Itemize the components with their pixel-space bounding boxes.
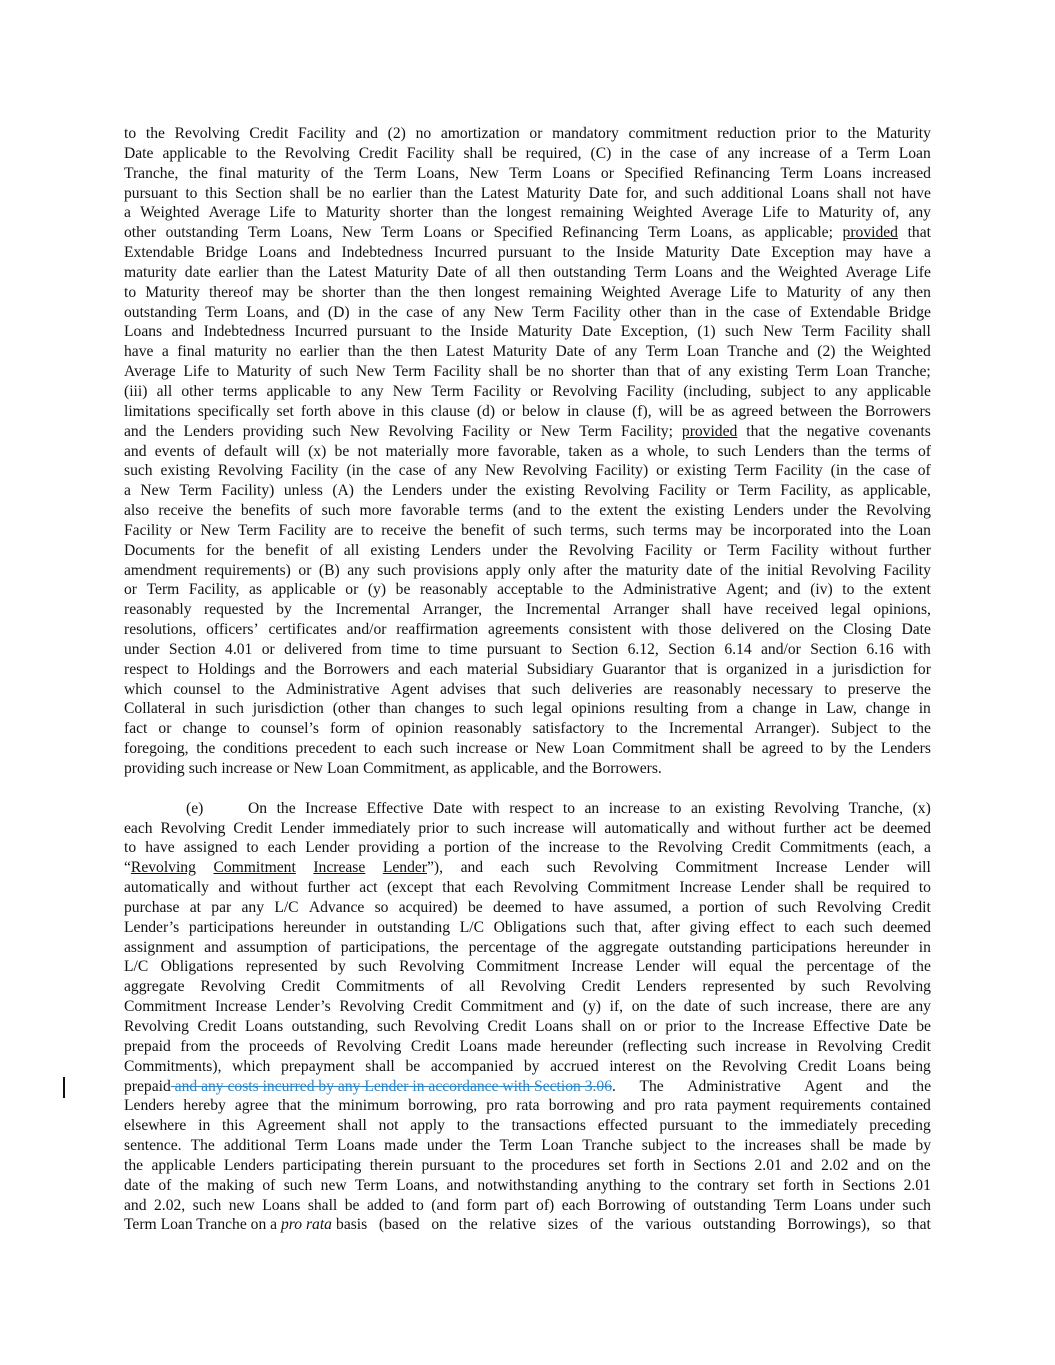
word: the <box>569 938 588 958</box>
word: to <box>695 1136 707 1156</box>
word: all <box>157 382 173 402</box>
word: Increase <box>215 997 267 1017</box>
word: existing <box>675 501 724 521</box>
word: Lenders <box>636 977 686 997</box>
word: be <box>502 144 517 164</box>
word: Revolving <box>569 541 634 561</box>
word: or <box>345 580 358 600</box>
word: Facility <box>645 541 693 561</box>
text-line: automaticallyandwithoutfurtheract(except… <box>124 878 931 898</box>
word: Credit <box>892 898 931 918</box>
word: to <box>563 243 575 263</box>
word: receive <box>158 501 203 521</box>
word: preceding <box>869 1116 930 1136</box>
word: as <box>610 442 623 462</box>
word: Credit <box>413 997 452 1017</box>
word: Increase <box>775 858 827 878</box>
word: Bridge <box>889 303 931 323</box>
word: that <box>657 362 680 382</box>
word: any <box>615 342 638 362</box>
word: Revolving <box>218 461 283 481</box>
word: Commitment <box>213 858 295 878</box>
word: Average <box>670 283 722 303</box>
word: of <box>918 461 931 481</box>
word: in <box>805 699 817 719</box>
word: Term <box>499 1136 532 1156</box>
word: applicable, <box>863 481 931 501</box>
word: shall <box>682 600 711 620</box>
word: Facility <box>124 521 172 541</box>
word: further <box>889 541 931 561</box>
word: the <box>615 1215 634 1235</box>
word: Refinancing <box>562 223 638 243</box>
word: pursuant <box>357 322 411 342</box>
word: not <box>874 184 894 204</box>
word: contained <box>870 1096 931 1116</box>
word: be <box>298 283 313 303</box>
word: of <box>262 1176 275 1196</box>
word: Lender <box>305 838 349 858</box>
word: Obligations <box>494 918 567 938</box>
word: increase <box>548 838 599 858</box>
word: (A) <box>332 481 354 501</box>
word: the <box>146 124 165 144</box>
word: Borrowers. <box>592 759 662 779</box>
word: “Revolving <box>124 858 196 878</box>
word: Agent; <box>726 580 768 600</box>
word: the <box>478 203 497 223</box>
word: Maturity <box>374 263 429 283</box>
word: Term <box>238 521 271 541</box>
word: payment <box>717 1096 771 1116</box>
word: sentence. <box>124 1136 182 1156</box>
word: Documents <box>124 541 195 561</box>
text-line: otheroutstandingTermLoans,NewTermLoansor… <box>124 223 931 243</box>
word: of <box>720 561 733 581</box>
text-line: aggregateRevolvingCreditCommitmentsofall… <box>124 977 931 997</box>
word: Commitment <box>675 858 757 878</box>
word: Increase <box>752 1017 804 1037</box>
word: or <box>124 580 137 600</box>
word: reasonably <box>124 600 192 620</box>
word: made <box>873 1136 907 1156</box>
word: resolutions, <box>124 620 196 640</box>
word: new <box>321 1176 347 1196</box>
word: applicable <box>162 144 226 164</box>
word: Facility <box>771 541 819 561</box>
word: the <box>912 680 931 700</box>
word: only <box>528 561 556 581</box>
word: in <box>673 1156 685 1176</box>
word: Average <box>124 362 176 382</box>
word: to <box>457 819 469 839</box>
text-line: LoansandIndebtednessIncurredpursuanttoth… <box>124 322 931 342</box>
word: which <box>232 1057 270 1077</box>
word: Term <box>509 164 542 184</box>
text-line: respecttoHoldingsandtheBorrowersandeachm… <box>124 660 931 680</box>
word: of <box>299 362 312 382</box>
word: of <box>318 938 331 958</box>
word: purchase <box>124 898 179 918</box>
word: proceeds <box>249 1037 304 1057</box>
word: deemed <box>882 918 931 938</box>
word: as <box>742 223 755 243</box>
word: or <box>298 561 311 581</box>
word: Term <box>774 1196 807 1216</box>
word: Maturity <box>787 283 842 303</box>
word: a <box>736 699 743 719</box>
word: such <box>495 699 524 719</box>
word: than <box>420 184 447 204</box>
word: the <box>630 838 649 858</box>
word: Revolving <box>399 957 464 977</box>
word: existing <box>370 541 419 561</box>
word: that <box>746 422 769 442</box>
word: such <box>616 521 645 541</box>
word: in <box>567 402 579 422</box>
word: an <box>691 799 706 819</box>
word: Facility <box>844 322 892 342</box>
word: Maturity <box>526 184 581 204</box>
word: provided <box>682 422 737 442</box>
word: foregoing, <box>124 739 189 759</box>
word: and <box>355 124 378 144</box>
word: to <box>550 501 562 521</box>
word: case <box>883 461 910 481</box>
word: and <box>264 660 287 680</box>
word: outstanding <box>693 1196 766 1216</box>
word: such <box>477 819 506 839</box>
word: reduction <box>717 124 776 144</box>
word: to <box>811 739 823 759</box>
word: Lenders <box>734 501 784 521</box>
word: the <box>749 1116 768 1136</box>
word: such <box>189 759 218 779</box>
word: such <box>547 858 576 878</box>
word: Facility <box>659 481 707 501</box>
text-line: RevolvingCreditLoansoutstanding,suchRevo… <box>124 1017 931 1037</box>
word: the <box>751 263 770 283</box>
word: than <box>379 699 406 719</box>
word: Maturity <box>665 243 720 263</box>
word: increase <box>513 819 564 839</box>
word: to <box>246 838 258 858</box>
word: Date <box>902 620 931 640</box>
word: a <box>924 243 931 263</box>
word: the <box>213 501 232 521</box>
word: that <box>497 680 520 700</box>
word: of <box>590 1215 603 1235</box>
word: Facility <box>473 382 521 402</box>
word: the <box>912 1156 931 1176</box>
word: the <box>189 164 208 184</box>
word: Credit <box>198 1017 237 1037</box>
word: apply <box>410 1116 445 1136</box>
word: or <box>471 223 484 243</box>
word: conditions <box>223 739 288 759</box>
word: Lenders <box>184 422 234 442</box>
word: Tranche <box>727 342 778 362</box>
word: outstanding, <box>292 1017 369 1037</box>
word: participations, <box>341 938 430 958</box>
word: precedent <box>296 739 357 759</box>
word: Weighted <box>871 342 930 362</box>
word: of <box>203 442 216 462</box>
word: without <box>250 878 298 898</box>
word: from <box>697 699 727 719</box>
word: to <box>238 719 250 739</box>
word: and <box>297 303 320 323</box>
word: will <box>907 858 931 878</box>
word: (reflecting <box>622 1037 687 1057</box>
word: increase <box>609 799 660 819</box>
word: 2.02 <box>821 1156 848 1176</box>
word: outstanding <box>377 918 450 938</box>
word: or <box>716 481 729 501</box>
word: and/or <box>347 620 387 640</box>
word: Credit <box>798 1057 837 1077</box>
word: extent <box>599 501 637 521</box>
word: satisfactory <box>533 719 605 739</box>
word: no <box>416 124 432 144</box>
word: Loans <box>675 263 713 283</box>
word: Term <box>374 164 407 184</box>
word: Effective <box>813 1017 870 1037</box>
text-line: Lender’sparticipationshereunderinoutstan… <box>124 918 931 938</box>
word: all <box>495 263 511 283</box>
word: (f), <box>632 402 651 422</box>
word: to <box>412 1196 424 1216</box>
word: shall <box>901 322 930 342</box>
text-line: andeventsofdefaultwill(x)benotmaterially… <box>124 442 931 462</box>
word: clause <box>431 402 470 422</box>
word: receive <box>381 521 426 541</box>
word: Credit <box>732 838 771 858</box>
word: to <box>649 1176 661 1196</box>
word: those <box>678 620 711 640</box>
word: the <box>775 957 794 977</box>
word: of <box>754 898 767 918</box>
word: 2.01 <box>904 1176 931 1196</box>
word: and <box>721 263 744 283</box>
word: in <box>194 699 206 719</box>
word: or <box>644 1017 657 1037</box>
word: the <box>856 461 875 481</box>
word: (x) <box>308 442 326 462</box>
word: officers’ <box>206 620 259 640</box>
word: provisions <box>413 561 478 581</box>
word: such <box>312 422 341 442</box>
word: materially <box>386 442 449 462</box>
word: (B) <box>319 561 340 581</box>
text-line: Commitments),whichprepaymentshallbeaccom… <box>124 1057 931 1077</box>
word: increase <box>456 739 507 759</box>
word: there <box>841 997 872 1017</box>
word: the <box>726 303 745 323</box>
word: New <box>494 303 523 323</box>
word: without <box>728 819 776 839</box>
word: to <box>608 838 620 858</box>
word: of <box>498 838 511 858</box>
word: Closing <box>843 620 892 640</box>
word: shall <box>582 1017 611 1037</box>
word: below <box>522 402 560 422</box>
word: and <box>697 819 720 839</box>
word: Maturity <box>518 322 573 342</box>
word: L/C <box>124 957 148 977</box>
word: the <box>539 541 558 561</box>
word: Revolving <box>552 382 617 402</box>
word: Bridge <box>205 243 247 263</box>
word: Administrative <box>687 1077 781 1097</box>
word: acquired) <box>399 898 458 918</box>
word: to <box>824 680 836 700</box>
word: Life <box>762 203 788 223</box>
paragraph-e-body-continued: Lendersherebyagreethattheminimumborrowin… <box>124 1096 931 1215</box>
word: covenants <box>868 422 930 442</box>
word: interest <box>609 1057 655 1077</box>
word: Borrowings), <box>787 1215 870 1235</box>
word: the <box>725 1017 744 1037</box>
word: then <box>519 263 546 283</box>
word: New <box>201 521 230 541</box>
word: the <box>571 501 590 521</box>
word: New <box>763 322 792 342</box>
final-line-after: basis(basedontherelativesizesofthevariou… <box>332 1215 931 1235</box>
word: no <box>349 184 365 204</box>
word: Loans <box>791 184 829 204</box>
word: extent <box>893 580 931 600</box>
word: and <box>623 1096 646 1116</box>
word: Term <box>381 223 414 243</box>
text-line: Lendersherebyagreethattheminimumborrowin… <box>124 1096 931 1116</box>
word: with <box>903 640 931 660</box>
word: Term <box>780 164 813 184</box>
word: agree <box>235 1096 269 1116</box>
word: are <box>643 680 662 700</box>
text-line: purchaseatparanyL/CAdvancesoacquired)bed… <box>124 898 931 918</box>
word: Administrative <box>623 580 717 600</box>
word: in <box>620 144 632 164</box>
word: the <box>848 124 867 144</box>
word: and <box>552 997 575 1017</box>
word: Revolving <box>339 997 404 1017</box>
word: the <box>872 521 891 541</box>
word: and <box>124 442 147 462</box>
word: the <box>180 1176 199 1196</box>
word: for, <box>626 184 647 204</box>
word: Lender <box>845 858 889 878</box>
word: Borrowers <box>323 660 389 680</box>
paragraph-e-first-text: OntheIncreaseEffectiveDatewithrespecttoa… <box>248 799 931 819</box>
word: case <box>670 144 697 164</box>
word: such <box>902 1196 931 1216</box>
word: case <box>753 303 780 323</box>
word: Loans <box>552 164 590 184</box>
word: and/or <box>761 640 801 660</box>
text-line: alsoreceivethebenefitsofsuchmorefavorabl… <box>124 501 931 521</box>
word: earlier <box>372 184 412 204</box>
word: the <box>471 1136 490 1156</box>
word: automatically <box>604 819 689 839</box>
word: the <box>864 580 883 600</box>
word: delivered <box>721 620 779 640</box>
text-line: assignmentandassumptionofparticipations,… <box>124 938 931 958</box>
word: Maturity <box>145 283 200 303</box>
word: the <box>295 660 314 680</box>
word: automatically <box>124 878 209 898</box>
word: other <box>629 303 661 323</box>
word: be <box>468 898 483 918</box>
word: anything <box>586 1176 641 1196</box>
word: opinion <box>395 719 443 739</box>
word: additional <box>224 1136 286 1156</box>
word: Life <box>730 283 756 303</box>
paragraph-spacer <box>124 779 931 799</box>
word: favorable <box>401 501 460 521</box>
word: may <box>262 283 289 303</box>
word: the <box>304 600 323 620</box>
word: a <box>428 838 435 858</box>
word: Facility <box>407 144 455 164</box>
text-line: Tranche,thefinalmaturityoftheTermLoans,N… <box>124 164 931 184</box>
word: by <box>276 600 292 620</box>
word: the <box>344 164 363 184</box>
word: Increase <box>313 858 365 878</box>
revision-change-bar <box>63 1077 65 1098</box>
word: Loan <box>899 521 931 541</box>
word: Facility <box>462 422 510 442</box>
word: all <box>469 977 485 997</box>
word: be <box>730 521 745 541</box>
word: hereby <box>183 1096 225 1116</box>
word: Lenders <box>124 1096 174 1116</box>
word: increase <box>759 144 810 164</box>
word: assignment <box>124 938 194 958</box>
word: Incremental <box>336 600 410 620</box>
word: as <box>249 580 262 600</box>
word: Administrative <box>286 680 380 700</box>
word: applicable <box>266 382 330 402</box>
word: default <box>224 442 267 462</box>
word: a <box>124 481 131 501</box>
word: incorporated <box>753 521 832 541</box>
word: certificates <box>268 620 336 640</box>
word: on <box>620 1017 636 1037</box>
word: Loan <box>687 342 719 362</box>
word: such <box>685 184 714 204</box>
word: to <box>842 580 854 600</box>
word: Subject <box>831 719 878 739</box>
word: of <box>299 501 312 521</box>
word: New <box>350 422 379 442</box>
word: Specified <box>624 164 683 184</box>
word: Lender’s <box>124 918 179 938</box>
word: aggregate <box>598 938 659 958</box>
word: or <box>262 640 275 660</box>
text-line: providingsuchincreaseorNewLoanCommitment… <box>124 759 931 779</box>
word: Incurred <box>434 243 487 263</box>
word: Revolving <box>200 977 265 997</box>
word: sizes <box>548 1215 578 1235</box>
word: above <box>338 402 375 422</box>
word: be <box>690 402 705 422</box>
word: to <box>572 580 584 600</box>
word: and <box>124 422 147 442</box>
word: additional <box>721 184 783 204</box>
word: Revolving <box>866 977 931 997</box>
word: shall <box>337 1116 366 1136</box>
